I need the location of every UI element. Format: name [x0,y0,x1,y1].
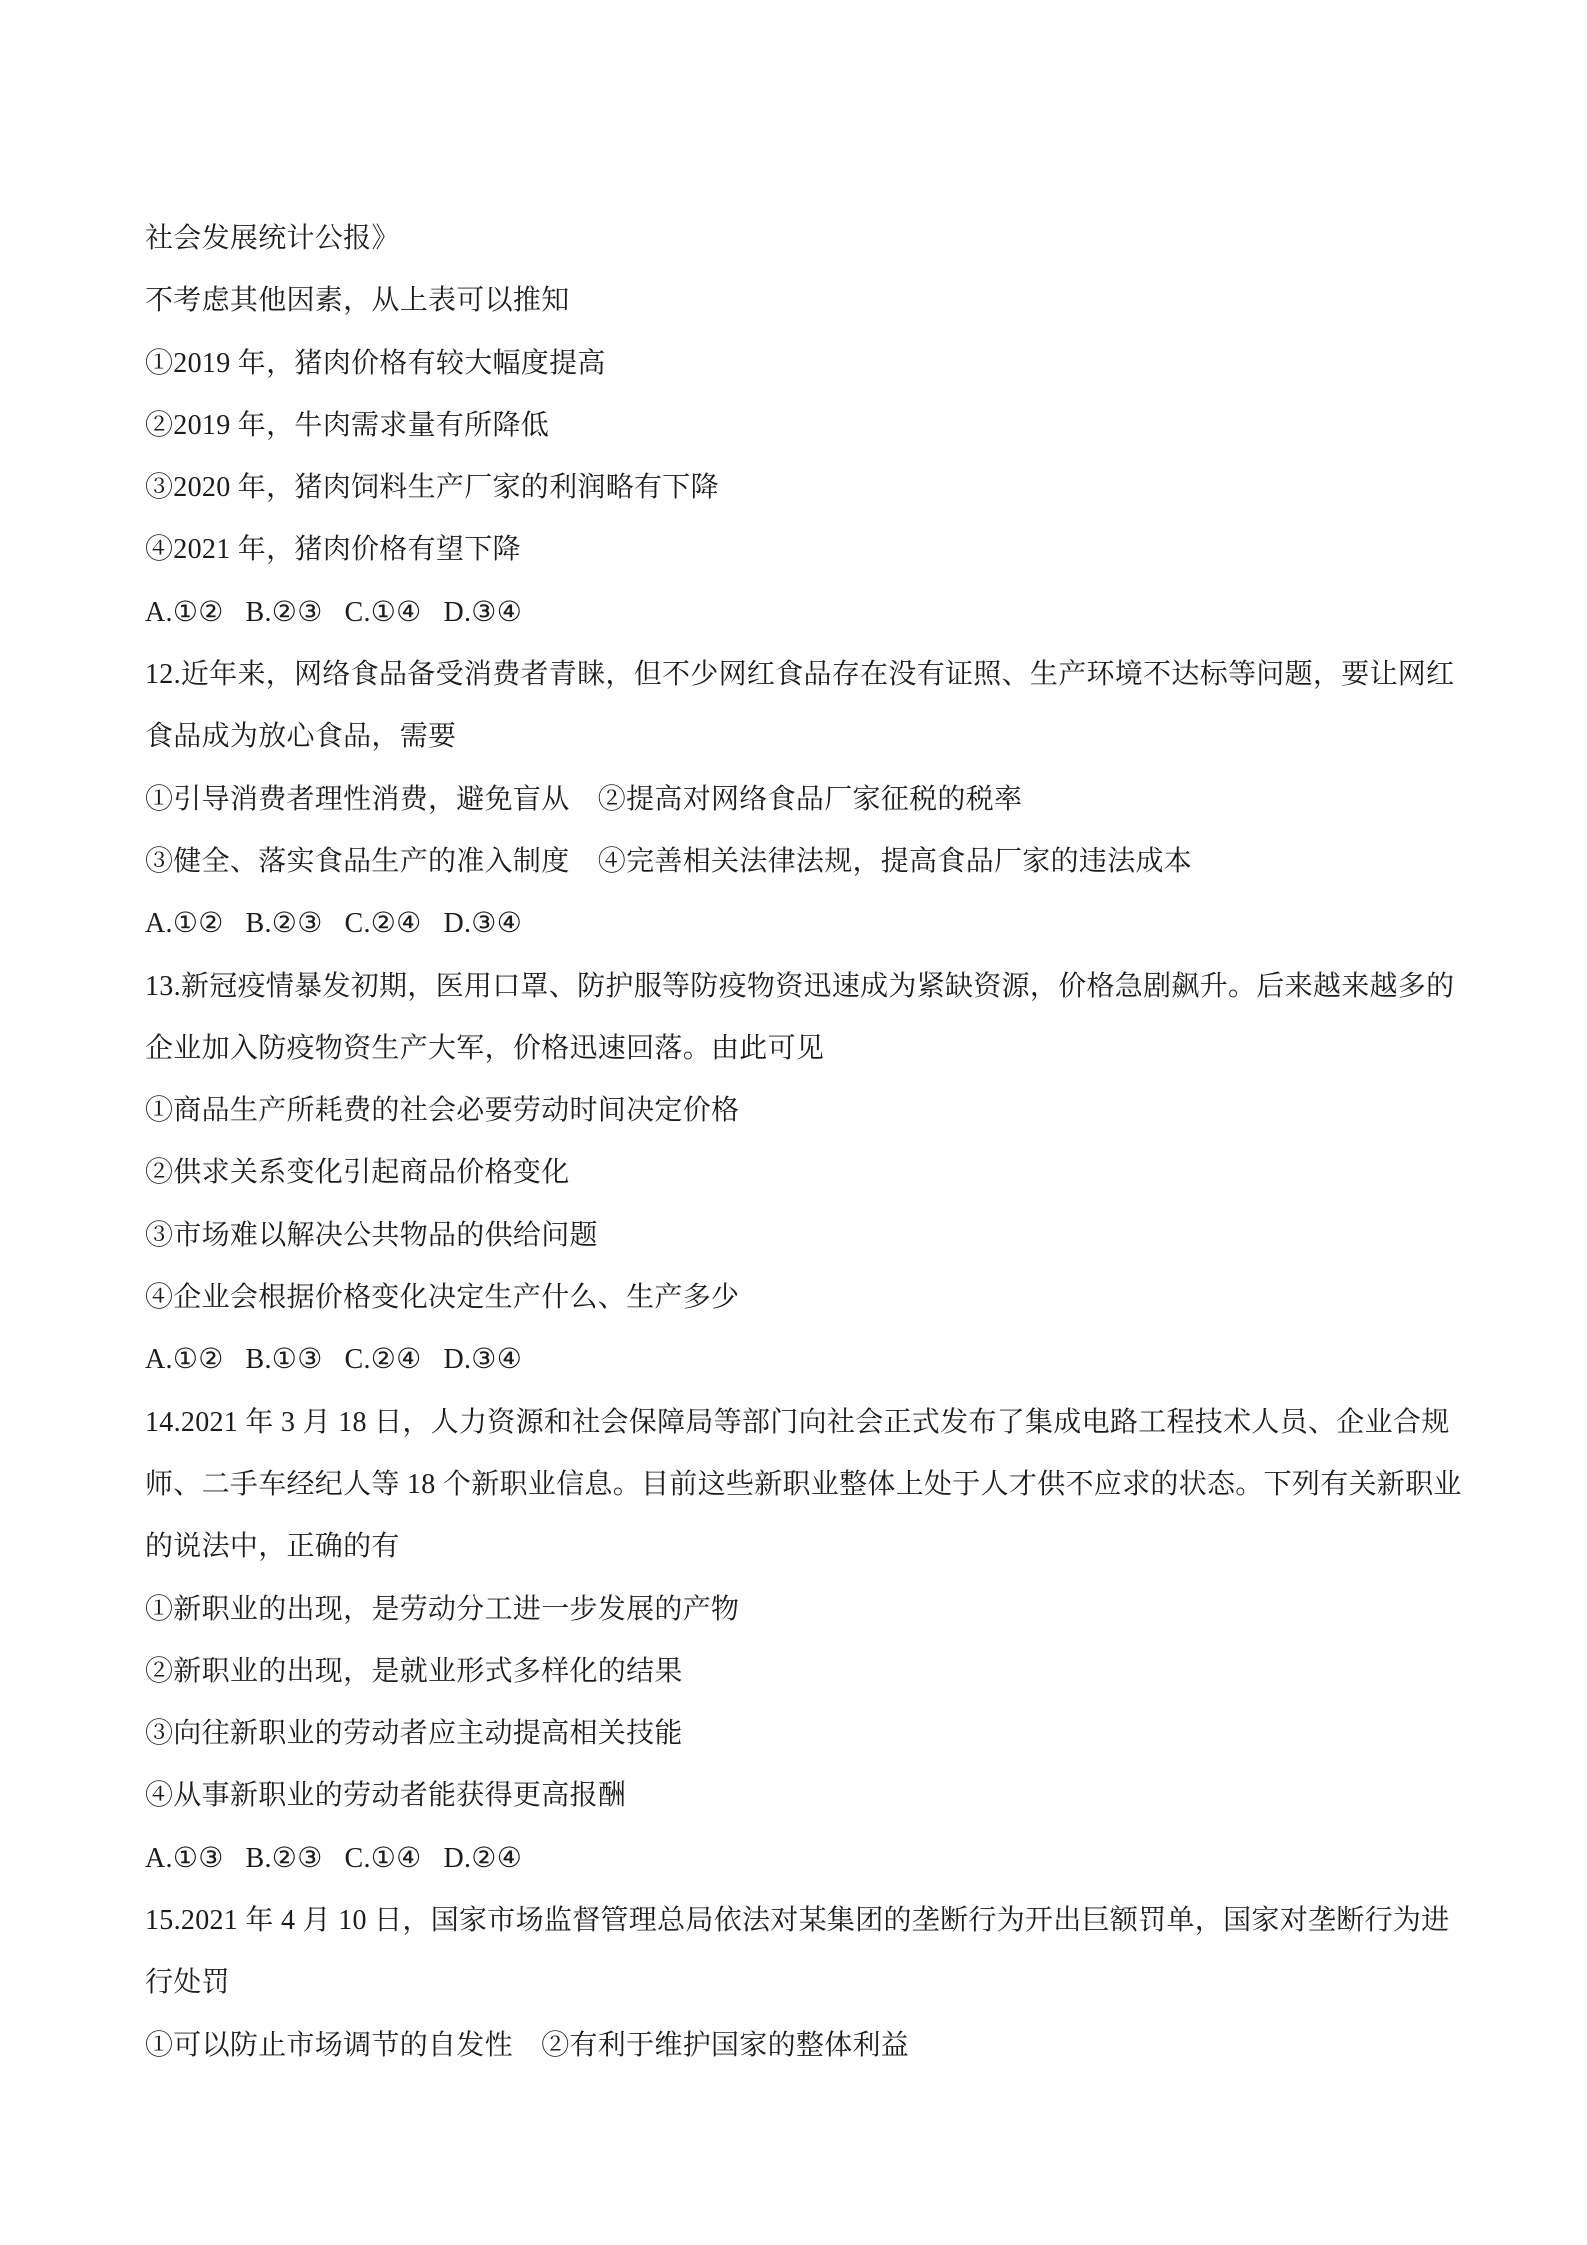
q12-options-1-2: ①引导消费者理性消费，避免盲从 ②提高对网络食品厂家征税的税率 [145,769,1475,831]
q13-option-1: ①商品生产所耗费的社会必要劳动时间决定价格 [145,1080,1475,1142]
q11-option-4: ④2021 年，猪肉价格有望下降 [145,519,1475,581]
q15-stem-line-1: 15.2021 年 4 月 10 日，国家市场监督管理总局依法对某集团的垄断行为… [145,1890,1475,1952]
q13-option-4: ④企业会根据价格变化决定生产什么、生产多少 [145,1267,1475,1329]
q14-option-4: ④从事新职业的劳动者能获得更高报酬 [145,1765,1475,1827]
q14-stem-line-2: 师、二手车经纪人等 18 个新职业信息。目前这些新职业整体上处于人才供不应求的状… [145,1454,1475,1516]
q12-options-3-4: ③健全、落实食品生产的准入制度 ④完善相关法律法规，提高食品厂家的违法成本 [145,831,1475,893]
q14-option-1: ①新职业的出现，是劳动分工进一步发展的产物 [145,1579,1475,1641]
q12-stem-line-1: 12.近年来，网络食品备受消费者青睐，但不少网红食品存在没有证照、生产环境不达标… [145,644,1475,706]
q14-answer-choices: A.①③ B.②③ C.①④ D.②④ [145,1828,1475,1890]
q15-stem-line-2: 行处罚 [145,1952,1475,2014]
text-block: 社会发展统计公报》 不考虑其他因素，从上表可以推知 ①2019 年，猪肉价格有较… [145,208,1475,2077]
document-page: 社会发展统计公报》 不考虑其他因素，从上表可以推知 ①2019 年，猪肉价格有较… [0,0,1587,2245]
q13-option-3: ③市场难以解决公共物品的供给问题 [145,1205,1475,1267]
q13-option-2: ②供求关系变化引起商品价格变化 [145,1142,1475,1204]
q11-option-2: ②2019 年，牛肉需求量有所降低 [145,395,1475,457]
q14-stem-line-3: 的说法中，正确的有 [145,1516,1475,1578]
q11-option-3: ③2020 年，猪肉饲料生产厂家的利润略有下降 [145,457,1475,519]
q11-source-line: 社会发展统计公报》 [145,208,1475,270]
q12-answer-choices: A.①② B.②③ C.②④ D.③④ [145,893,1475,955]
q13-stem-line-1: 13.新冠疫情暴发初期，医用口罩、防护服等防疫物资迅速成为紧缺资源，价格急剧飙升… [145,956,1475,1018]
q13-stem-line-2: 企业加入防疫物资生产大军，价格迅速回落。由此可见 [145,1018,1475,1080]
q13-answer-choices: A.①② B.①③ C.②④ D.③④ [145,1329,1475,1391]
q11-answer-choices: A.①② B.②③ C.①④ D.③④ [145,582,1475,644]
q11-option-1: ①2019 年，猪肉价格有较大幅度提高 [145,333,1475,395]
q11-prompt-line: 不考虑其他因素，从上表可以推知 [145,270,1475,332]
q14-option-3: ③向往新职业的劳动者应主动提高相关技能 [145,1703,1475,1765]
q14-stem-line-1: 14.2021 年 3 月 18 日，人力资源和社会保障局等部门向社会正式发布了… [145,1392,1475,1454]
q15-options-1-2: ①可以防止市场调节的自发性 ②有利于维护国家的整体利益 [145,2015,1475,2077]
q12-stem-line-2: 食品成为放心食品，需要 [145,706,1475,768]
q14-option-2: ②新职业的出现，是就业形式多样化的结果 [145,1641,1475,1703]
